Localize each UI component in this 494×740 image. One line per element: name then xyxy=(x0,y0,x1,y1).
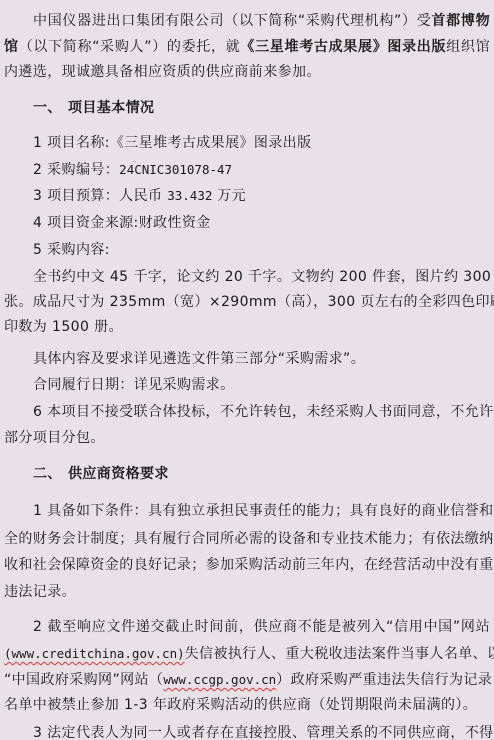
intro-text: 中国仪器进出口集团有限公司（以下简称“采购代理机构”）受 xyxy=(33,13,431,29)
item-procurement-content: 5 采购内容: xyxy=(0,238,494,262)
intro-text: 组织馆 xyxy=(446,39,490,55)
item-label: 3 项目预算： xyxy=(33,188,119,204)
section-number: 二、 xyxy=(33,462,68,486)
requirement-1-line-2: 全的财务会计制度；具有履行合同所必需的设备和专业技术能力；有依法缴纳税 xyxy=(0,527,494,551)
requirement-text: “中国政府采购网”网站（ xyxy=(4,672,163,688)
section-heading-2: 二、供应商资格要求 xyxy=(0,462,494,486)
item-6-line-2: 部分项目分包。 xyxy=(0,426,494,450)
item-label: 1 项目名称: xyxy=(33,135,110,151)
content-details: 具体内容及要求详见遴选文件第三部分“采购需求”。 xyxy=(0,347,494,371)
item-procurement-number: 2 采购编号：24CNIC301078-47 xyxy=(0,158,494,182)
content-line-2: 张。成品尺寸为 235mm（宽）×290mm（高），300 页左右的全彩四色印刷… xyxy=(0,290,494,314)
item-value: 人民币 xyxy=(119,188,167,204)
contract-date: 合同履行日期：详见采购需求。 xyxy=(0,373,494,397)
content-line-3: 印数为 1500 册。 xyxy=(0,315,494,339)
requirement-3-line-1: 3 法定代表人为同一人或者存在直接控股、管理关系的不同供应商，不得共 xyxy=(0,721,494,740)
item-value: 《三星堆考古成果展》图录出版 xyxy=(110,135,312,151)
procurement-notice-document: 中国仪器进出口集团有限公司（以下简称“采购代理机构”）受首都博物 馆（以下简称“… xyxy=(0,0,494,740)
requirement-1-line-1: 1 具备如下条件：具有独立承担民事责任的能力；具有良好的商业信誉和健 xyxy=(0,499,494,523)
requirement-2-line-1: 2 截至响应文件递交截止时间前，供应商不能是被列入“信用中国”网站 xyxy=(0,615,494,639)
section-title: 项目基本情况 xyxy=(68,100,154,116)
item-6-line-1: 6 本项目不接受联合体投标，不允许转包，未经采购人书面同意，不允许将 xyxy=(0,400,494,424)
budget-amount: 33.432 xyxy=(167,188,212,203)
purchaser-name-bold: 馆 xyxy=(4,39,19,55)
requirement-2-line-3: “中国政府采购网”网站（www.ccgp.gov.cn）政府采购严重违法失信行为… xyxy=(0,668,494,692)
requirement-1-line-4: 违法记录。 xyxy=(0,580,494,604)
section-number: 一、 xyxy=(33,96,68,120)
item-value: 财政性资金 xyxy=(139,215,211,231)
item-label: 4 项目资金来源: xyxy=(33,215,139,231)
content-line-1: 全书约中文 45 千字，论文约 20 千字。文物约 200 件套，图片约 300 xyxy=(0,265,494,289)
requirement-text: ）政府采购严重违法失信行为记录 xyxy=(276,672,492,688)
section-heading-1: 一、项目基本情况 xyxy=(0,96,494,120)
creditchina-url: (www.creditchina.gov.cn) xyxy=(4,646,185,661)
ccgp-url: www.ccgp.gov.cn xyxy=(163,672,276,687)
requirement-2-line-2: (www.creditchina.gov.cn)失信被执行人、重大税收违法案件当… xyxy=(0,642,494,666)
item-fund-source: 4 项目资金来源:财政性资金 xyxy=(0,211,494,235)
intro-line-1: 中国仪器进出口集团有限公司（以下简称“采购代理机构”）受首都博物 xyxy=(0,9,494,33)
requirement-text: 失信被执行人、重大税收违法案件当事人名单、以及 xyxy=(185,646,494,662)
item-value: 万元 xyxy=(212,188,246,204)
intro-line-2: 馆（以下简称“采购人”）的委托，就《三星堆考古成果展》图录出版组织馆 xyxy=(0,35,494,59)
intro-line-3: 内遴选，现诚邀具备相应资质的供应商前来参加。 xyxy=(0,60,494,84)
project-name-bold: 《三星堆考古成果展》图录出版 xyxy=(240,39,446,55)
item-value: 24CNIC301078-47 xyxy=(119,162,232,177)
purchaser-name-bold: 首都博物 xyxy=(431,13,490,29)
requirement-2-line-4: 名单中被禁止参加 1-3 年政府采购活动的供应商（处罚期限尚未届满的）。 xyxy=(0,693,494,717)
requirement-1-line-3: 收和社会保障资金的良好记录；参加采购活动前三年内，在经营活动中没有重大 xyxy=(0,553,494,577)
item-budget: 3 项目预算：人民币 33.432 万元 xyxy=(0,184,494,208)
intro-text: （以下简称“采购人”）的委托，就 xyxy=(19,39,241,55)
item-label: 2 采购编号： xyxy=(33,162,119,178)
section-title: 供应商资格要求 xyxy=(68,466,169,482)
item-project-name: 1 项目名称:《三星堆考古成果展》图录出版 xyxy=(0,131,494,155)
